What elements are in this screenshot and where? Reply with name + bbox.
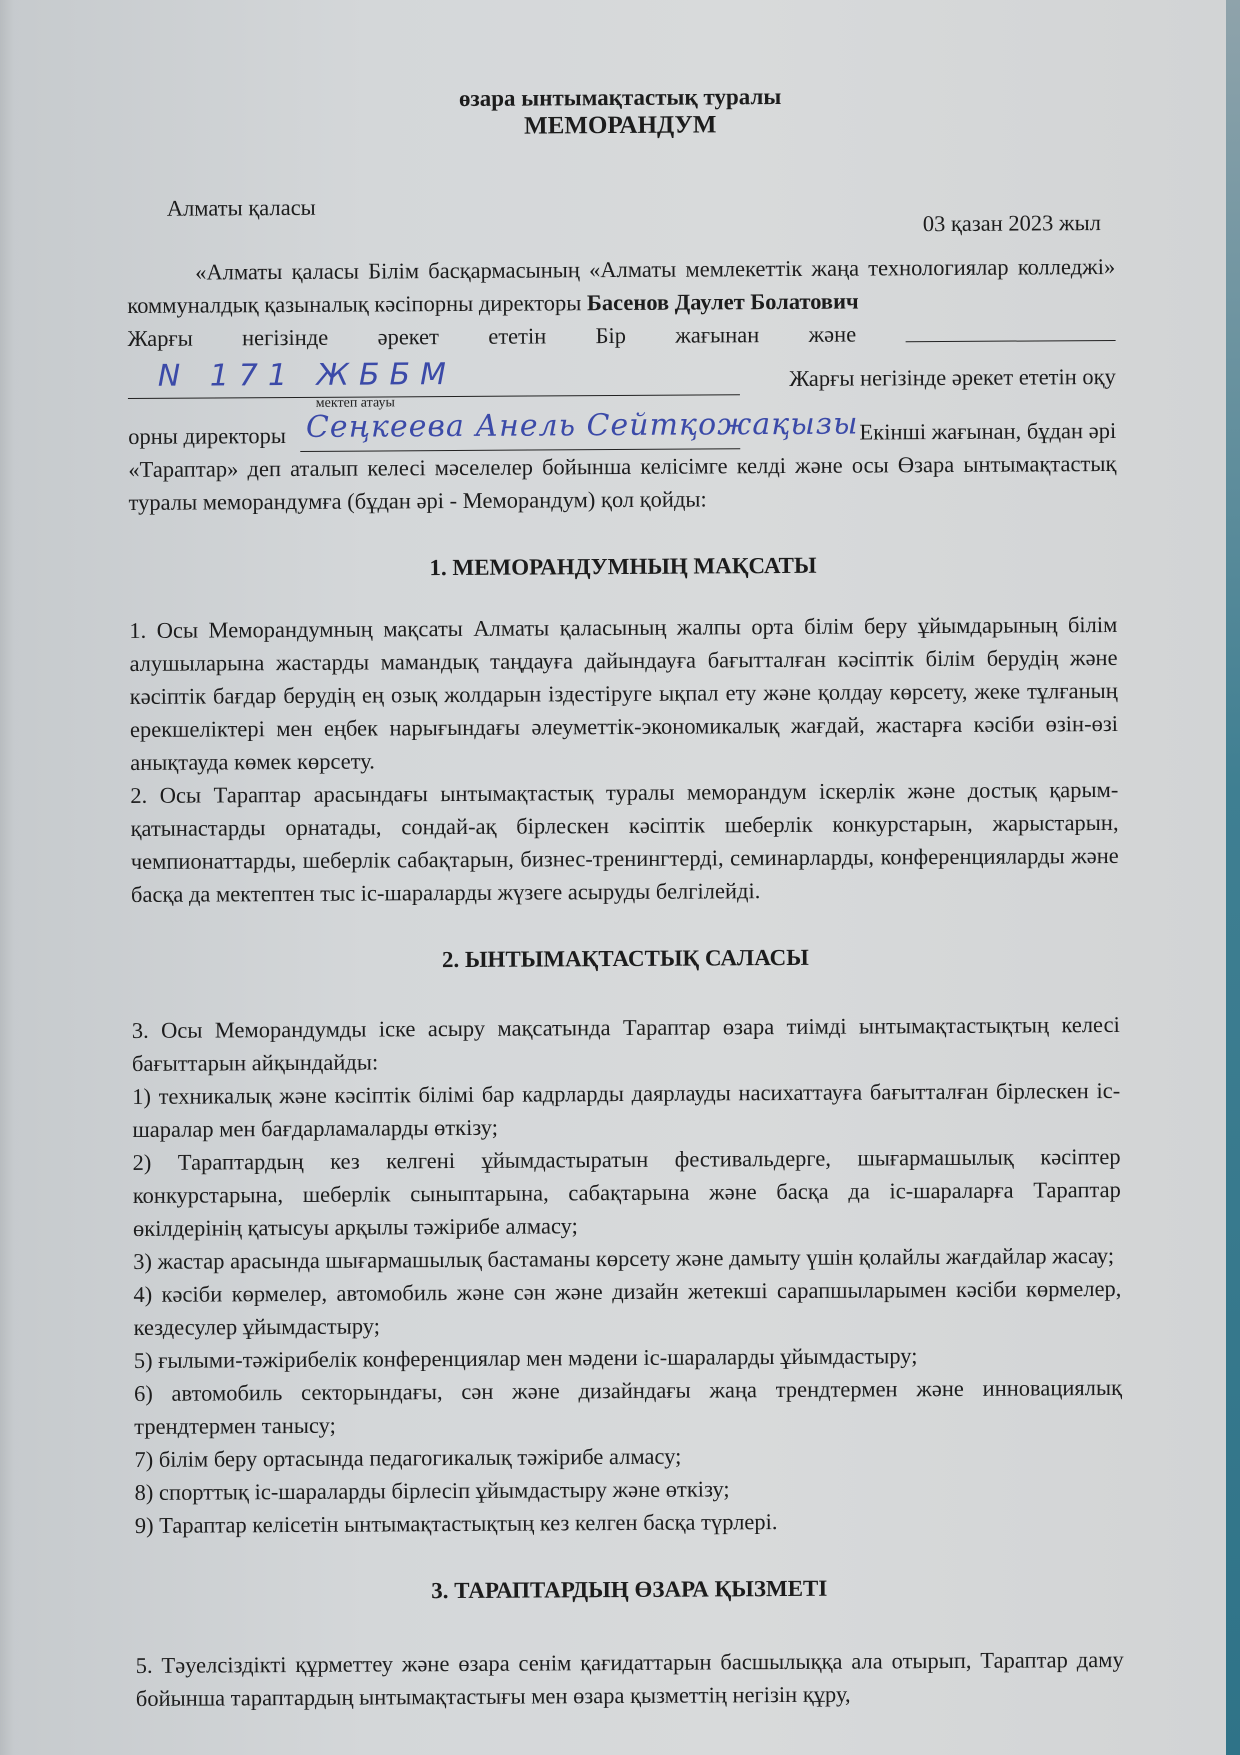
word: Жарғы xyxy=(127,322,192,355)
school-field-row: N 171 ЖББМ Жарғы негізінде әрекет ететін… xyxy=(128,349,1116,399)
list-item: 2) Тараптардың кез келгені ұйымдастыраты… xyxy=(133,1140,1122,1245)
word: жағынан xyxy=(675,318,759,352)
paragraph: 1. Осы Меморандумның мақсаты Алматы қала… xyxy=(129,608,1118,779)
document-title: МЕМОРАНДУМ xyxy=(126,108,1114,144)
director-field-row: орны директоры мектеп атауы Сеңкеева Ане… xyxy=(128,393,1116,453)
section-title-purpose: 1. МЕМОРАНДУМНЫҢ МАҚСАТЫ xyxy=(129,547,1117,586)
list-item: 9) Тараптар келісетін ынтымақтастықтың к… xyxy=(135,1503,1123,1542)
blank-line xyxy=(905,316,1115,342)
document-page: өзара ынтымақтастық туралы МЕМОРАНДУМ Ал… xyxy=(0,0,1226,1755)
handwritten-school-name: N 171 ЖББМ xyxy=(158,358,456,393)
section-title-mutual-activity: 3. ТАРАПТАРДЫҢ ӨЗАРА ҚЫЗМЕТІ xyxy=(135,1570,1123,1609)
document-content: өзара ынтымақтастық туралы МЕМОРАНДУМ Ал… xyxy=(126,74,1124,1715)
list-item: 4) кәсіби көрмелер, автомобиль және сән … xyxy=(133,1272,1121,1344)
paragraph: 2. Осы Тараптар арасындағы ынтымақтастық… xyxy=(130,773,1119,911)
director-prefix: орны директоры xyxy=(128,419,286,453)
word: Бір xyxy=(595,319,626,352)
word: және xyxy=(808,318,856,351)
page-edge-background xyxy=(1226,0,1240,1755)
director-name: Басенов Даулет Болатович xyxy=(587,289,859,316)
word: ететін xyxy=(488,319,546,352)
section-title-cooperation: 2. ЫНТЫМАҚТАСТЫҚ САЛАСЫ xyxy=(131,939,1119,978)
school-name-field[interactable]: N 171 ЖББМ xyxy=(128,364,740,399)
list-item: 1) техникалық және кәсіптік білімі бар к… xyxy=(132,1074,1120,1146)
place-date-row: Алматы қаласы 03 қазан 2023 жыл xyxy=(127,186,1115,252)
preamble: «Алматы қаласы Білім басқармасының «Алма… xyxy=(127,250,1117,519)
paragraph: 3. Осы Меморандумды іске асыру мақсатынд… xyxy=(132,1008,1120,1080)
list-item: 6) автомобиль секторындағы, сән және диз… xyxy=(134,1371,1122,1443)
word: әрекет xyxy=(377,320,439,353)
preamble-rest: «Тараптар» деп аталып келесі мәселелер б… xyxy=(128,447,1116,519)
place: Алматы қаласы xyxy=(167,191,316,225)
handwritten-director-name: Сеңкеева Анель Сейтқожақызы xyxy=(306,408,859,444)
director-name-field[interactable]: мектеп атауы Сеңкеева Анель Сейтқожақызы xyxy=(300,414,740,452)
paragraph: 5. Тәуелсіздікті құрметтеу және өзара се… xyxy=(136,1643,1124,1715)
word: негізінде xyxy=(242,321,328,355)
after-school-text: Жарғы негізінде әрекет ететін оқу xyxy=(789,360,1116,395)
date: 03 қазан 2023 жыл xyxy=(923,206,1101,240)
